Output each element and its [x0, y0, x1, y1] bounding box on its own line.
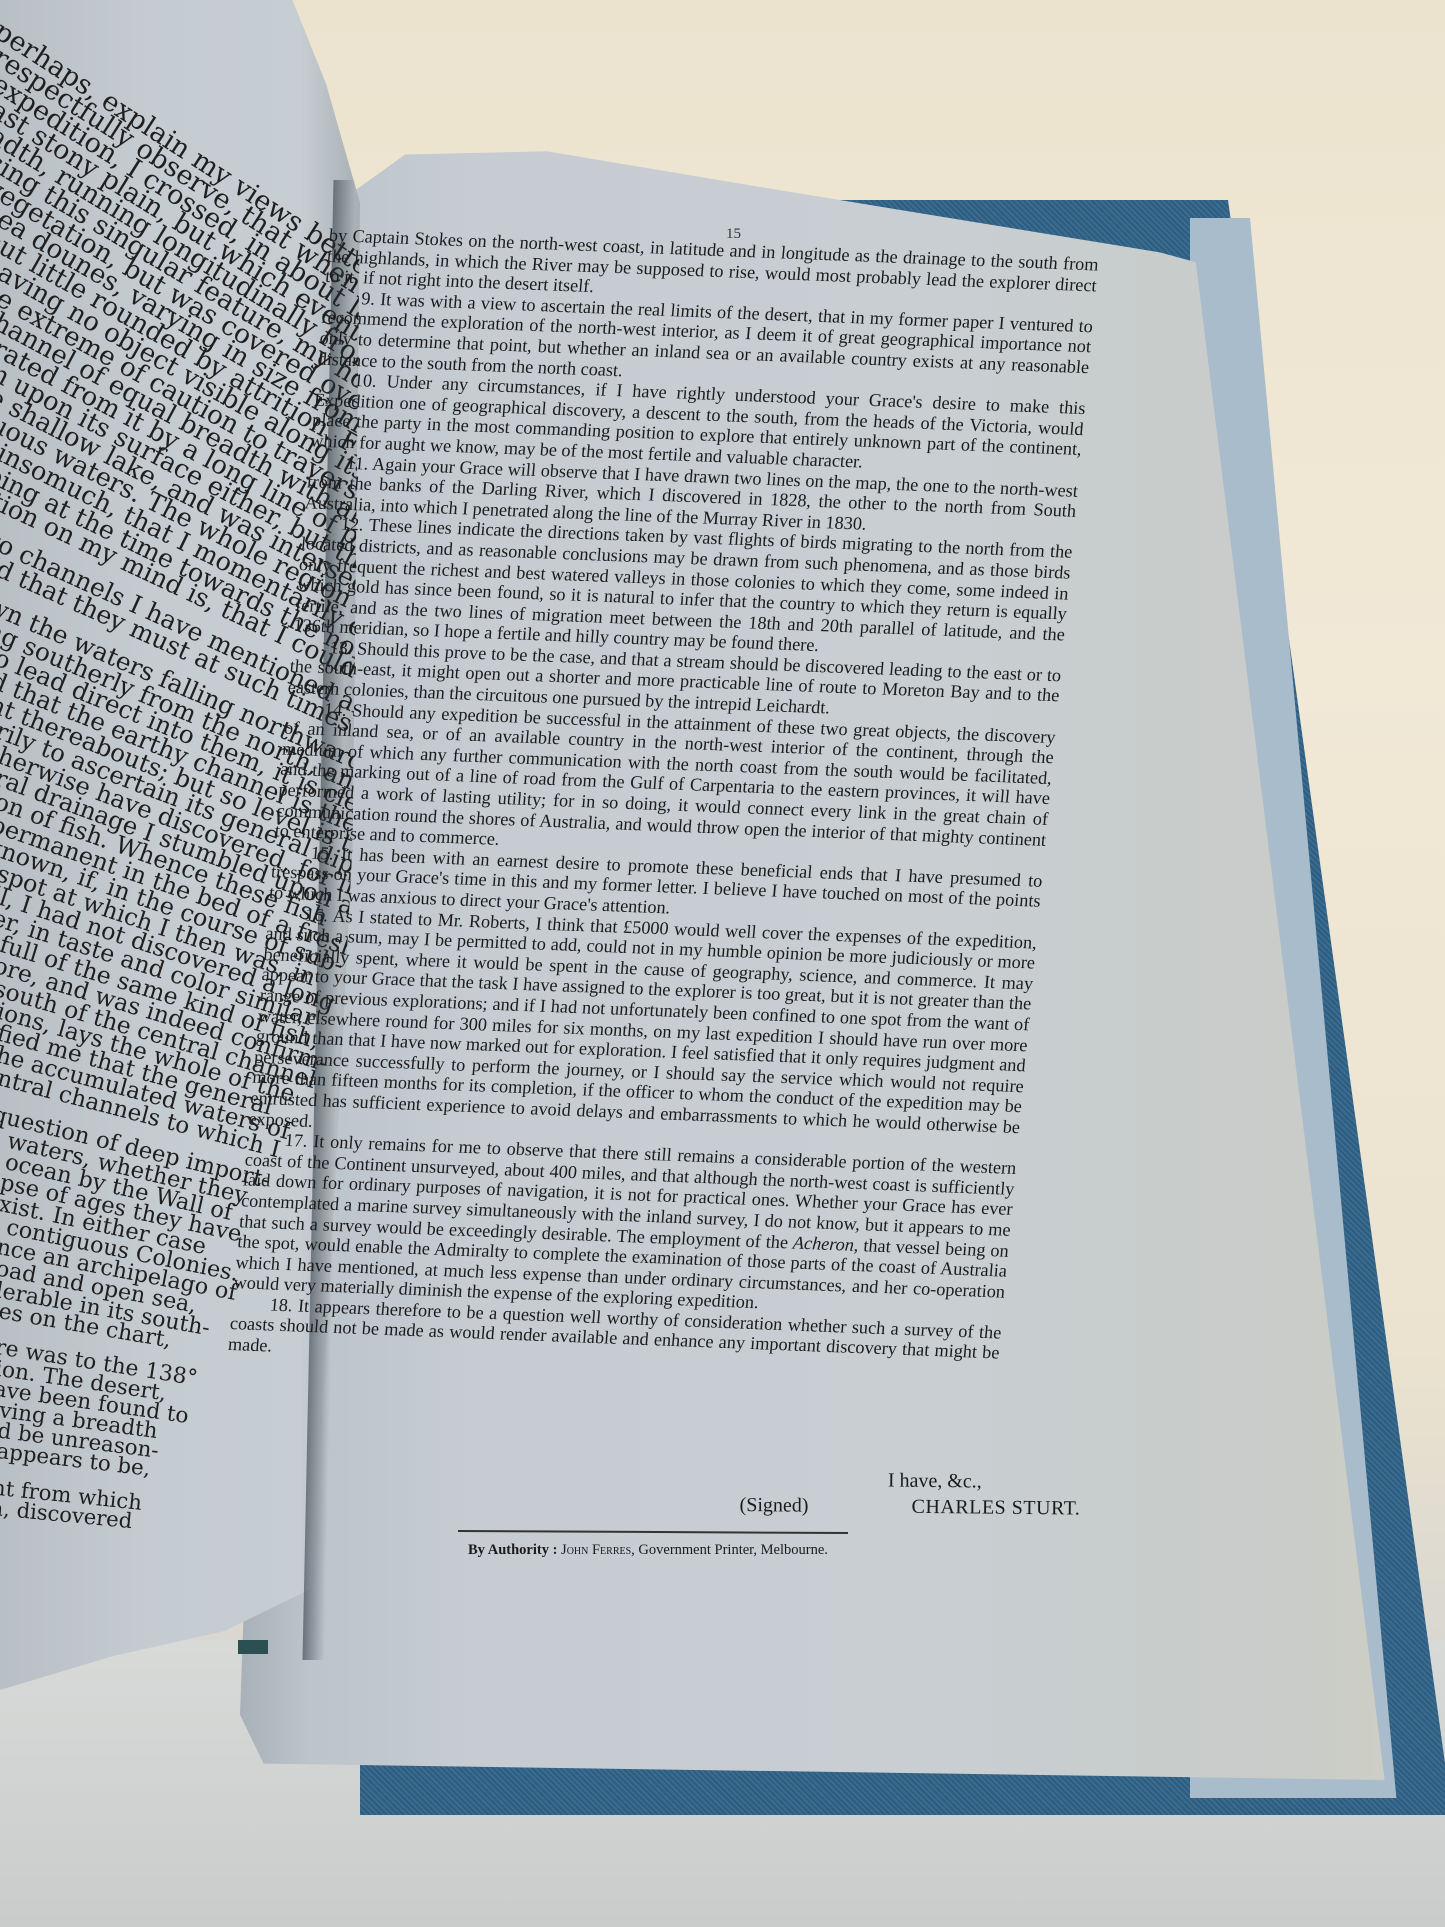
- closing-line: I have, &c.,: [888, 1470, 982, 1494]
- paragraph-14: 14. Should any expedition be successful …: [274, 697, 1057, 870]
- signatory-name: CHARLES STURT.: [911, 1496, 1080, 1521]
- paragraph-16: 16. As I stated to Mr. Roberts, I think …: [248, 903, 1038, 1158]
- paragraph-17: 17. It only remains for me to observe th…: [233, 1129, 1017, 1323]
- imprint-printer-name: John Ferres: [561, 1542, 631, 1558]
- ship-name-italic: Acheron: [792, 1232, 855, 1254]
- imprint-suffix: , Government Printer, Melbourne.: [631, 1542, 828, 1558]
- book-spine: [238, 1640, 268, 1654]
- printer-imprint: By Authority : John Ferres, Government P…: [468, 1542, 828, 1559]
- right-page-text: by Captain Stokes on the north-west coas…: [227, 225, 1099, 1384]
- imprint-prefix: By Authority :: [468, 1542, 561, 1558]
- signed-label: (Signed): [739, 1494, 808, 1518]
